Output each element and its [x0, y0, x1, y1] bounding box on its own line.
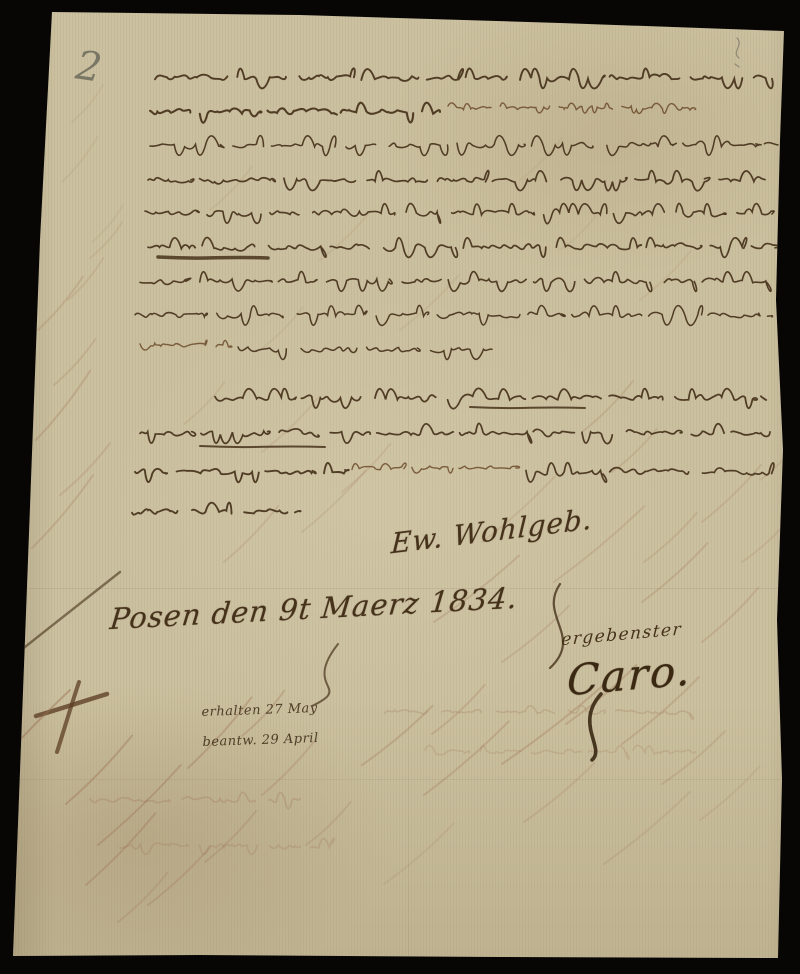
bleed-through-stroke: [262, 739, 316, 795]
underline-stroke: [200, 446, 325, 447]
bleed-through-script: [425, 745, 695, 758]
handwriting-line-11: [140, 423, 770, 443]
bleed-through-stroke: [662, 731, 725, 784]
bleed-through-stroke: [205, 811, 256, 862]
bleed-through-stroke: [262, 398, 318, 452]
bleed-through-stroke: [644, 513, 697, 562]
handwriting-line-12: [135, 463, 349, 482]
bleed-through-stroke: [622, 677, 699, 744]
handwriting-layer: [0, 0, 800, 974]
bleed-through-stroke: [520, 138, 562, 180]
closing-formula: Ew. Wohlgeb.: [390, 502, 593, 560]
valediction: ergebenster: [561, 619, 683, 650]
ink-cross-stroke: [57, 682, 79, 752]
bleed-through-stroke: [32, 475, 93, 548]
bleed-through-stroke: [16, 690, 70, 744]
handwriting-line-12-cont: [526, 463, 774, 482]
bleed-through-stroke: [524, 763, 594, 822]
corner-pencil-squiggle: [735, 64, 739, 67]
bleed-through-stroke: [400, 275, 459, 330]
bleed-through-stroke: [66, 736, 132, 804]
bleed-through-stroke: [224, 506, 278, 562]
archival-note-answered: beantw. 29 April: [202, 724, 319, 758]
bleed-through-stroke: [582, 381, 633, 432]
handwriting-line-2: [150, 103, 440, 123]
bleed-through-stroke: [92, 205, 123, 242]
bleed-through-stroke: [384, 824, 453, 884]
bleed-through-stroke: [482, 476, 555, 542]
handwriting-line-7: [140, 272, 771, 292]
bleed-through-stroke: [302, 471, 365, 532]
bleed-through-stroke: [242, 691, 284, 736]
bleed-through-stroke: [760, 445, 795, 480]
bleed-through-stroke: [560, 215, 596, 250]
fold-crease: [14, 779, 782, 780]
bleed-through-stroke: [72, 85, 103, 122]
bleed-through-stroke: [612, 429, 657, 472]
bleed-through-stroke: [702, 465, 761, 522]
signature-flourish: [590, 694, 601, 760]
hebrew-script-segment: [448, 103, 696, 114]
paper-stains: [0, 0, 800, 974]
handwriting-line-5: [145, 204, 774, 224]
handwriting-line-13: [132, 503, 301, 515]
bleed-through-stroke: [98, 765, 181, 845]
bleed-through-stroke: [700, 766, 759, 820]
bleed-through-stroke: [702, 588, 758, 642]
handwriting-line-1: [155, 68, 773, 88]
bleed-through-stroke: [306, 802, 351, 845]
bleed-through-stroke: [184, 382, 224, 424]
corner-pencil-squiggle: [736, 38, 739, 58]
bleed-through-script: [385, 706, 693, 720]
handwriting-line-6: [148, 238, 779, 258]
bleed-through-stroke: [90, 222, 122, 258]
bleed-through-stroke: [188, 697, 252, 768]
bleed-through-stroke: [362, 706, 432, 765]
bleed-through-script: [90, 792, 300, 808]
bleed-through-stroke: [54, 339, 95, 385]
manuscript-scan: 2 Ew. Wohlgeb. Posen den 9t Maerz 1834. …: [0, 0, 800, 974]
bleed-through-stroke: [86, 813, 155, 885]
dateline-flourish: [312, 644, 338, 706]
bleed-through-stroke: [640, 251, 690, 300]
bleed-through-stroke: [60, 443, 110, 495]
bleed-through-stroke: [320, 211, 370, 260]
dateline: Posen den 9t Maerz 1834.: [108, 581, 519, 637]
fold-crease: [14, 588, 782, 589]
handwriting-line-3: [150, 136, 778, 156]
page-number-pencil: 2: [73, 42, 105, 91]
handwriting-line-8: [135, 305, 773, 325]
letter-paper: 2 Ew. Wohlgeb. Posen den 9t Maerz 1834. …: [0, 0, 800, 974]
bleed-through-stroke: [210, 167, 252, 210]
bleed-through-stroke: [554, 506, 644, 582]
underline-stroke: [158, 257, 268, 258]
bleed-through-stroke: [566, 665, 636, 724]
bleed-through-stroke: [502, 605, 569, 662]
bleed-through-stroke: [604, 792, 690, 864]
fold-crease: [408, 14, 409, 956]
bleed-through-stroke: [118, 873, 167, 922]
bleed-through-script: [120, 838, 335, 854]
laid-paper-texture: [0, 0, 800, 974]
bleed-through-stroke: [38, 276, 83, 330]
bleed-through-stroke: [502, 683, 606, 764]
bleed-through-stroke: [642, 543, 707, 602]
hebrew-script-segment: [352, 463, 520, 473]
bleed-through-stroke: [342, 444, 390, 492]
handwriting-line-9: [238, 347, 492, 360]
handwriting-line-10: [215, 388, 766, 408]
bleed-through-stroke: [424, 722, 509, 795]
archival-note: erhalten 27 May beantw. 29 April: [201, 694, 319, 758]
bleed-through-stroke: [36, 371, 90, 440]
underline-stroke: [470, 407, 585, 408]
signature-caro: Caro.: [566, 645, 692, 705]
bleed-through-stroke: [742, 521, 788, 562]
bleed-through-stroke: [432, 685, 485, 734]
handwriting-line-4: [148, 171, 765, 191]
hebrew-script-segment: [140, 340, 232, 350]
bleed-through-stroke: [148, 847, 210, 905]
ink-cross-stroke: [36, 694, 107, 716]
bleed-through-stroke: [260, 308, 302, 350]
closing-flourish: [550, 584, 563, 668]
dateline-flourish: [6, 572, 120, 662]
bleed-through-stroke: [68, 258, 103, 300]
archival-note-received: erhalten 27 May: [201, 694, 318, 728]
bleed-through-stroke: [434, 556, 519, 622]
bleed-through-stroke: [62, 136, 98, 182]
